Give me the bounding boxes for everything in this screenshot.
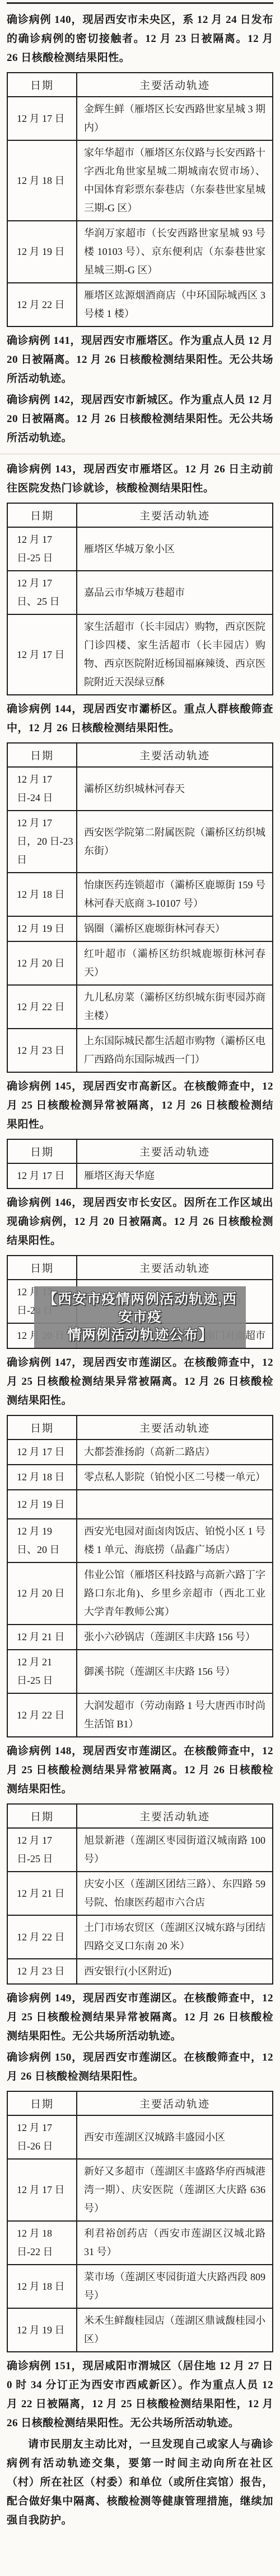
track-column-header: 主要活动轨迹 <box>77 1804 273 1828</box>
table-row: 12 月 23 日西安银行(小区附近) <box>7 1959 273 1984</box>
table-row: 12 月 21 日庆安小区（莲湖区团结三路）、东四路 59 号院、怡康医药超市六… <box>7 1872 273 1915</box>
case-145-summary: 确诊病例 145，现居西安市高新区。在核酸筛查中，12 月 25 日核酸检测异常… <box>7 1077 273 1134</box>
track-cell: 零点私人影院（铂悦小区二号楼一单元） <box>77 1465 273 1490</box>
table-row: 12 月 18 日菜市场（莲湖区枣园街道大庆路西段 809 号） <box>7 2265 273 2308</box>
table-row: 12 月 21 日张小六砂锅店（莲湖区丰庆路 156 号） <box>7 1625 273 1650</box>
track-column-header: 主要活动轨迹 <box>77 503 273 527</box>
date-column-header: 日期 <box>7 73 77 97</box>
date-cell: 12 月 19 日 <box>7 221 77 283</box>
date-cell: 12 月 17 日 <box>7 2159 77 2221</box>
date-cell: 12 月 17 日 <box>7 97 77 140</box>
date-cell: 12 月 19 日 <box>7 2308 77 2352</box>
date-column-header: 日期 <box>7 1804 77 1828</box>
table-row: 12 月 22 日九儿私房菜（灞桥区纺织城东街枣园苏商主楼） <box>7 985 273 1029</box>
case-148-activity-table: 日期主要活动轨迹12 月 17 日-25 日旭景新港（莲湖区枣园街道汉城南路 1… <box>7 1803 273 1985</box>
track-cell: 红叶超市（灞桥区纺织城鹿塬街林河春天） <box>77 941 273 985</box>
date-cell: 12 月 17 日 <box>7 614 77 695</box>
case-144-summary: 确诊病例 144，现居西安市灞桥区。重点人群核酸筛查中，12 月 26 日核酸检… <box>7 700 273 738</box>
table-row: 12 月 17 日-26 日西安市莲湖区汉城路丰盛园小区 <box>7 2115 273 2159</box>
table-header-row: 日期主要活动轨迹 <box>7 743 273 767</box>
date-cell: 12 月 17 日-25 日 <box>7 1828 77 1872</box>
top-border-line <box>7 2 273 4</box>
table-row: 12 月 20 日红叶超市（灞桥区纺织城鹿塬街林河春天） <box>7 941 273 985</box>
activity-table: 日期主要活动轨迹12 月 17 日-26 日西安市莲湖区汉城路丰盛园小区12 月… <box>7 2091 273 2352</box>
track-cell: 雁塔区竑源烟酒商店（中环国际城西区 3 号楼 1 楼） <box>77 283 273 326</box>
activity-table: 日期主要活动轨迹12 月 17 日-24 日灞桥区纺织城林河春天12 月 17 … <box>7 742 273 1073</box>
table-header-row: 日期主要活动轨迹 <box>7 503 273 527</box>
track-cell: 上东国际城民都生活超市购物（灞桥区电厂西路尚东国际城西一门） <box>77 1029 273 1072</box>
track-cell: 灞桥区纺织城林河春天 <box>77 767 273 811</box>
track-cell: 怡康医药连锁超市（灞桥区鹿塬街 159 号林河春天底商 3-10107 号） <box>77 873 273 916</box>
document-page: 确诊病例 140，现居西安市未央区，系 12 月 24 日发布的确诊病例的密切接… <box>0 0 280 2576</box>
track-cell: 旭景新港（莲湖区枣园街道汉城南路 100 号） <box>77 1828 273 1872</box>
table-row: 12 月 21 日-25 日御溪书院（莲湖区丰庆路 156 号） <box>7 1650 273 1693</box>
track-cell: 御溪书院（莲湖区丰庆路 156 号） <box>77 1650 273 1693</box>
track-cell: 嘉品云市华城万巷超市 <box>77 571 273 614</box>
track-cell: 张小六砂锅店（莲湖区丰庆路 156 号） <box>77 1625 273 1650</box>
table-row: 12 月 19 日米禾生鲜馥桂园店（莲湖区鼎诚馥桂园小区） <box>7 2308 273 2352</box>
date-cell: 12 月 18 日-22 日 <box>7 2221 77 2265</box>
case-150-summary: 确诊病例 150，现居西安市莲湖区。在核酸筛查中，12 月 26 日核酸检测结果… <box>7 2048 273 2086</box>
activity-table: 日期主要活动轨迹12 月 17 日雁塔区海天华庭 <box>7 1139 273 1189</box>
date-cell: 12 月 21 日 <box>7 1872 77 1915</box>
date-cell: 12 月 23 日 <box>7 1959 77 1984</box>
table-header-row: 日期主要活动轨迹 <box>7 73 273 97</box>
activity-table: 日期主要活动轨迹12 月 17 日金辉生鲜（雁塔区长安西路世家星城 3 期内）1… <box>7 72 273 327</box>
table-header-row: 日期主要活动轨迹 <box>7 1804 273 1828</box>
date-cell: 12 月 23 日 <box>7 1029 77 1072</box>
date-cell: 12 月 20 日 <box>7 1562 77 1625</box>
date-cell: 12 月 19 日 <box>7 916 77 941</box>
track-column-header: 主要活动轨迹 <box>77 73 273 97</box>
date-cell: 12 月 19 日 <box>7 1490 77 1519</box>
date-cell: 12 月 19 日、20 日 <box>7 1519 77 1562</box>
table-row: 12 月 17 日-24 日灞桥区纺织城林河春天 <box>7 767 273 811</box>
track-cell: 金辉生鲜（雁塔区长安西路世家星城 3 期内） <box>77 97 273 140</box>
track-cell: 九儿私房菜（灞桥区纺织城东街枣园苏商主楼） <box>77 985 273 1029</box>
table-header-row: 日期主要活动轨迹 <box>7 1415 273 1439</box>
track-cell: 大都荟淮扬韵（高新二路店） <box>77 1439 273 1465</box>
date-cell: 12 月 17 日-25 日 <box>7 527 77 571</box>
date-cell: 12 月 17 日，20 日-23 日 <box>7 811 77 873</box>
case-145-activity-table: 日期主要活动轨迹12 月 17 日雁塔区海天华庭 <box>7 1139 273 1189</box>
track-column-header: 主要活动轨迹 <box>77 2091 273 2115</box>
table-row: 12 月 17 日大都荟淮扬韵（高新二路店） <box>7 1439 273 1465</box>
date-column-header: 日期 <box>7 743 77 767</box>
case-140-activity-table: 日期主要活动轨迹12 月 17 日金辉生鲜（雁塔区长安西路世家星城 3 期内）1… <box>7 72 273 327</box>
date-column-header: 日期 <box>7 2091 77 2115</box>
document-content: 确诊病例 140，现居西安市未央区，系 12 月 24 日发布的确诊病例的密切接… <box>7 11 273 2530</box>
case-142-summary: 确诊病例 142，现居西安市新城区。作为重点人员 12 月 20 日被隔离。12… <box>7 391 273 448</box>
table-row: 12 月 22 日雁塔区竑源烟酒商店（中环国际城西区 3 号楼 1 楼） <box>7 283 273 326</box>
table-row: 12 月 19 日、20 日西安光电园对面卤肉饭店、铂悦小区 1 号楼 1 单元… <box>7 1519 273 1562</box>
table-row: 12 月 22 日土门市场农贸区（莲湖区汉城东路与团结四路交叉口东南 20 米） <box>7 1915 273 1959</box>
table-row: 12 月 19 日 <box>7 1490 273 1519</box>
table-row: 12 月 17 日金辉生鲜（雁塔区长安西路世家星城 3 期内） <box>7 97 273 140</box>
track-cell: 米禾生鲜馥桂园店（莲湖区鼎诚馥桂园小区） <box>77 2308 273 2352</box>
date-cell: 12 月 17 日 <box>7 1439 77 1465</box>
date-cell: 12 月 18 日 <box>7 873 77 916</box>
table-row: 12 月 18 日零点私人影院（铂悦小区二号楼一单元） <box>7 1465 273 1490</box>
date-cell: 12 月 17 日-26 日 <box>7 2115 77 2159</box>
watermark-text-line: 【西安市疫情两例活动轨迹,西安市疫 <box>38 1290 242 1326</box>
case-147-activity-table: 日期主要活动轨迹12 月 17 日大都荟淮扬韵（高新二路店）12 月 18 日零… <box>7 1415 273 1737</box>
case-146-activity-table: 日期主要活动轨迹12 月 17 日-20 日路）12 月 20 日航天城创业路山… <box>7 1255 273 1349</box>
track-cell: 锅圈（灞桥区鹿塬街林河春天） <box>77 916 273 941</box>
case-148-summary: 确诊病例 148，现居西安市莲湖区。在核酸筛查中，12 月 25 日核酸检测结果… <box>7 1742 273 1799</box>
date-cell: 12 月 18 日 <box>7 1465 77 1490</box>
date-cell: 12 月 18 日 <box>7 2265 77 2308</box>
track-cell: 西安银行(小区附近) <box>77 1959 273 1984</box>
table-row: 12 月 17 日，20 日-23 日西安医学院第二附属医院（灞桥区纺织城东街） <box>7 811 273 873</box>
case-143-summary: 确诊病例 143，现居西安市雁塔区。12 月 26 日主动前往医院发热门诊就诊，… <box>7 460 273 498</box>
date-cell: 12 月 22 日 <box>7 1693 77 1737</box>
track-cell: 菜市场（莲湖区枣园街道大庆路西段 809 号） <box>77 2265 273 2308</box>
date-cell: 12 月 22 日 <box>7 985 77 1029</box>
table-row: 12 月 18 日怡康医药连锁超市（灞桥区鹿塬街 159 号林河春天底商 3-1… <box>7 873 273 916</box>
table-row: 12 月 18 日-22 日利君裕创药店（西安市莲湖区汉城北路 31 号） <box>7 2221 273 2265</box>
date-cell: 12 月 18 日 <box>7 140 77 221</box>
track-cell: 雁塔区华城万象小区 <box>77 527 273 571</box>
table-row: 12 月 17 日-25 日雁塔区华城万象小区 <box>7 527 273 571</box>
date-cell: 12 月 17 日-24 日 <box>7 767 77 811</box>
track-cell: 新好又多超市（莲湖区丰盛路华府西城港湾一期）、庆安医院（莲湖区大庆路 636 号… <box>77 2159 273 2221</box>
track-cell: 雁塔区海天华庭 <box>77 1163 273 1188</box>
track-cell: 西安光电园对面卤肉饭店、铂悦小区 1 号楼 1 单元、海底捞（晶鑫广场店） <box>77 1519 273 1562</box>
activity-table: 日期主要活动轨迹12 月 17 日-25 日雁塔区华城万象小区12 月 17 日… <box>7 503 273 695</box>
activity-table: 日期主要活动轨迹12 月 17 日-25 日旭景新港（莲湖区枣园街道汉城南路 1… <box>7 1803 273 1985</box>
track-cell: 家年华超市（雁塔区东仪路与长安西路十字西北角世家星城二期城南农贸市场）、中国体育… <box>77 140 273 221</box>
table-row: 12 月 17 日、25 日嘉品云市华城万巷超市 <box>7 571 273 614</box>
date-cell: 12 月 20 日 <box>7 941 77 985</box>
track-cell: 西安市莲湖区汉城路丰盛园小区 <box>77 2115 273 2159</box>
table-row: 12 月 22 日大润发超市（劳动南路 1 号大唐西市时尚生活馆 B1） <box>7 1693 273 1737</box>
date-cell: 12 月 17 日、25 日 <box>7 571 77 614</box>
table-header-row: 日期主要活动轨迹 <box>7 1139 273 1163</box>
date-column-header: 日期 <box>7 503 77 527</box>
watermark-overlay: 【西安市疫情两例活动轨迹,西安市疫情两例活动轨迹公布】 <box>34 1286 246 1348</box>
track-cell: 华润万家超市（长安西路世家星城 93 号楼 10103 号）、京东便利店（东泰巷… <box>77 221 273 283</box>
track-column-header: 主要活动轨迹 <box>77 1256 273 1280</box>
date-column-header: 日期 <box>7 1415 77 1439</box>
activity-table: 日期主要活动轨迹12 月 17 日大都荟淮扬韵（高新二路店）12 月 18 日零… <box>7 1415 273 1737</box>
date-cell: 12 月 21 日-25 日 <box>7 1650 77 1693</box>
table-row: 12 月 19 日锅圈（灞桥区鹿塬街林河春天） <box>7 916 273 941</box>
date-column-header: 日期 <box>7 1139 77 1163</box>
case-150-activity-table: 日期主要活动轨迹12 月 17 日-26 日西安市莲湖区汉城路丰盛园小区12 月… <box>7 2091 273 2352</box>
track-cell: 伟业公馆（雁塔区科技路与高新六路丁字路口东北角)、乡里乡亲超市（西北工业大学青年… <box>77 1562 273 1625</box>
table-row: 12 月 18 日家年华超市（雁塔区东仪路与长安西路十字西北角世家星城二期城南农… <box>7 140 273 221</box>
case-144-activity-table: 日期主要活动轨迹12 月 17 日-24 日灞桥区纺织城林河春天12 月 17 … <box>7 742 273 1073</box>
track-cell: 西安医学院第二附属医院（灞桥区纺织城东街） <box>77 811 273 873</box>
track-cell: 庆安小区（莲湖区团结三路）、东四路 59 号院、怡康医药超市六合店 <box>77 1872 273 1915</box>
track-cell: 土门市场农贸区（莲湖区汉城东路与团结四路交叉口东南 20 米） <box>77 1915 273 1959</box>
date-cell: 12 月 22 日 <box>7 283 77 326</box>
track-cell <box>77 1490 273 1519</box>
date-cell: 12 月 21 日 <box>7 1625 77 1650</box>
closing-advice-paragraph: 请市民朋友主动比对，一旦发现自己或家人与确诊病例有活动轨迹交集，要第一时间主动向… <box>7 2435 273 2530</box>
watermark-text-line: 情两例活动轨迹公布】 <box>38 1326 242 1344</box>
track-column-header: 主要活动轨迹 <box>77 743 273 767</box>
table-header-row: 日期主要活动轨迹 <box>7 1256 273 1280</box>
table-row: 12 月 19 日华润万家超市（长安西路世家星城 93 号楼 10103 号）、… <box>7 221 273 283</box>
case-149-summary: 确诊病例 149，现居西安市莲湖区。在核酸筛查中，12 月 25 日核酸检测结果… <box>7 1989 273 2046</box>
case-151-summary: 确诊病例 151，现居咸阳市渭城区（居住地 12 月 27 日 0 时 34 分… <box>7 2357 273 2433</box>
track-column-header: 主要活动轨迹 <box>77 1139 273 1163</box>
track-cell: 利君裕创药店（西安市莲湖区汉城北路 31 号） <box>77 2221 273 2265</box>
table-row: 12 月 17 日家生活超市（长丰园店）购物，西京医院门诊四楼、家生活超市（长丰… <box>7 614 273 695</box>
table-row: 12 月 20 日伟业公馆（雁塔区科技路与高新六路丁字路口东北角)、乡里乡亲超市… <box>7 1562 273 1625</box>
date-cell: 12 月 17 日 <box>7 1163 77 1188</box>
date-column-header: 日期 <box>7 1256 77 1280</box>
table-header-row: 日期主要活动轨迹 <box>7 2091 273 2115</box>
track-cell: 大润发超市（劳动南路 1 号大唐西市时尚生活馆 B1） <box>77 1693 273 1737</box>
table-row: 12 月 17 日新好又多超市（莲湖区丰盛路华府西城港湾一期）、庆安医院（莲湖区… <box>7 2159 273 2221</box>
case-143-activity-table: 日期主要活动轨迹12 月 17 日-25 日雁塔区华城万象小区12 月 17 日… <box>7 503 273 695</box>
section-divider <box>0 453 280 454</box>
table-row: 12 月 17 日雁塔区海天华庭 <box>7 1163 273 1188</box>
table-row: 12 月 23 日上东国际城民都生活超市购物（灞桥区电厂西路尚东国际城西一门） <box>7 1029 273 1072</box>
track-column-header: 主要活动轨迹 <box>77 1415 273 1439</box>
track-cell: 家生活超市（长丰园店）购物，西京医院门诊四楼、家生活超市（长丰园店）购物、西京医… <box>77 614 273 695</box>
case-147-summary: 确诊病例 147，现居西安市莲湖区。在核酸筛查中，12 月 25 日核酸检测结果… <box>7 1353 273 1410</box>
case-141-summary: 确诊病例 141，现居西安市雁塔区。作为重点人员 12 月 20 日被隔离。12… <box>7 332 273 389</box>
date-cell: 12 月 22 日 <box>7 1915 77 1959</box>
case-146-summary: 确诊病例 146，现居西安市长安区。因所在工作区域出现确诊病例，12 月 20 … <box>7 1194 273 1251</box>
table-row: 12 月 17 日-25 日旭景新港（莲湖区枣园街道汉城南路 100 号） <box>7 1828 273 1872</box>
case-140-summary: 确诊病例 140，现居西安市未央区，系 12 月 24 日发布的确诊病例的密切接… <box>7 11 273 68</box>
